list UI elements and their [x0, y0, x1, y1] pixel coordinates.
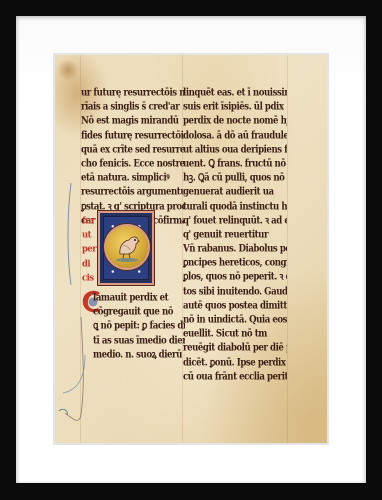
ruling-line: [287, 55, 288, 443]
text-line: cū oua frānt ecclia perit: [183, 369, 287, 385]
left-column-lower: lamauit perdix et cōgregauit que nō ꝗ nō…: [93, 291, 185, 362]
pen-flourish-icon: [55, 55, 115, 443]
text-line: medio. n. suoꝝ dierū deue: [93, 347, 185, 363]
right-column: linquēt eas. et ī nouissimis suis erit ī…: [183, 86, 287, 384]
owl-icon: [114, 232, 144, 262]
manuscript-page: ur futurę resurrectōis ne rīais a singli…: [55, 55, 327, 443]
